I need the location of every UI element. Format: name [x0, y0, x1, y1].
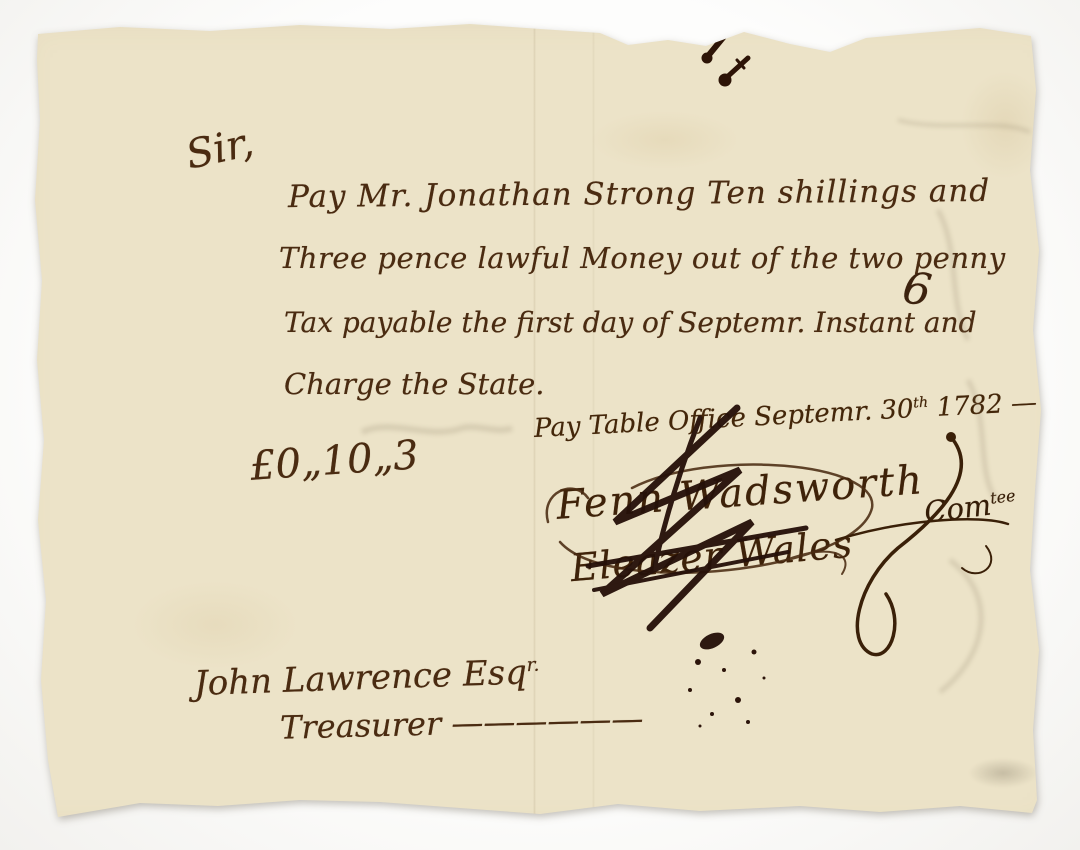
body-line-2: Three pence lawful Money out of the two … [279, 241, 1006, 275]
committee-abbreviation-superscript: tee [989, 486, 1016, 508]
document-paper: Sir, Pay Mr. Jonathan Strong Ten shillin… [0, 0, 1080, 850]
signature-fenn-wadsworth: Fenn Wadsworth [555, 457, 926, 529]
addressee-name: John Lawrence Esqr. [193, 652, 540, 704]
addressee-name-base: John Lawrence Esq [193, 652, 527, 704]
committee-abbreviation: Comtee [922, 484, 1018, 529]
salutation: Sir, [182, 119, 258, 178]
paper-stain [590, 110, 740, 170]
office-date-year: 1782 — [928, 388, 1038, 424]
addressee-name-superscript: r. [526, 655, 540, 676]
signature-eleazer-wales: Eleazer Wales [569, 522, 855, 591]
scan-background: Sir, Pay Mr. Jonathan Strong Ten shillin… [0, 0, 1080, 850]
office-date-line: Pay Table Office Septemr. 30th 1782 — [533, 388, 1038, 444]
paper-stain [130, 580, 300, 670]
top-ink-blot [702, 34, 748, 86]
body-line-1: Pay Mr. Jonathan Strong Ten shillings an… [288, 173, 990, 215]
office-date-text: Pay Table Office Septemr. 30 [533, 394, 914, 444]
amount-figure: £0„10„3 [249, 432, 421, 490]
paper-shadow: Sir, Pay Mr. Jonathan Strong Ten shillin… [0, 0, 1080, 850]
body-line-4: Charge the State. [284, 367, 545, 401]
office-date-superscript: th [913, 395, 929, 412]
addressee-title: Treasurer —————— [280, 699, 644, 746]
committee-abbreviation-base: Com [922, 488, 993, 530]
paper-stain [960, 70, 1050, 180]
ink-spatter [688, 650, 766, 728]
body-line-3: Tax payable the first day of Septemr. In… [284, 306, 977, 339]
paper-stain [1045, 745, 1063, 757]
paper-stain [968, 758, 1038, 788]
